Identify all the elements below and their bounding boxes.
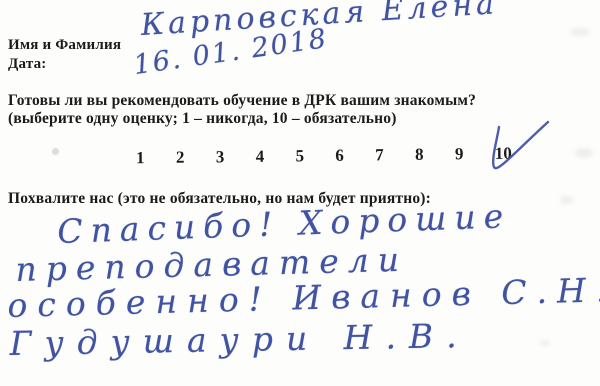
rating-option-2: 2 — [176, 148, 185, 168]
question-hint: (выберите одну оценку; 1 – никогда, 10 –… — [8, 110, 397, 128]
rating-option-9: 9 — [455, 144, 464, 164]
rating-option-1: 1 — [136, 148, 145, 168]
scan-artifact — [575, 148, 593, 158]
feedback-form: Имя и Фамилия Дата: Карповская Елена 16.… — [0, 0, 600, 386]
rating-option-6: 6 — [335, 146, 344, 166]
rating-scale: 1 2 3 4 5 6 7 8 9 10 — [136, 144, 512, 169]
rating-option-8: 8 — [415, 145, 424, 165]
rating-option-3: 3 — [216, 147, 225, 167]
rating-option-4: 4 — [256, 147, 265, 167]
scan-artifact — [560, 196, 574, 204]
check-mark-icon — [478, 110, 560, 182]
rating-option-7: 7 — [375, 145, 384, 165]
praise-handwriting-line4: Гудушаури Н.В. — [9, 316, 470, 363]
scan-artifact — [540, 340, 550, 346]
date-label: Дата: — [8, 56, 46, 73]
scan-artifact — [52, 148, 59, 155]
scan-artifact — [570, 28, 590, 36]
rating-option-5: 5 — [295, 146, 304, 166]
name-label: Имя и Фамилия — [8, 37, 121, 54]
recommend-question: Готовы ли вы рекомендовать обучение в ДР… — [8, 92, 476, 110]
